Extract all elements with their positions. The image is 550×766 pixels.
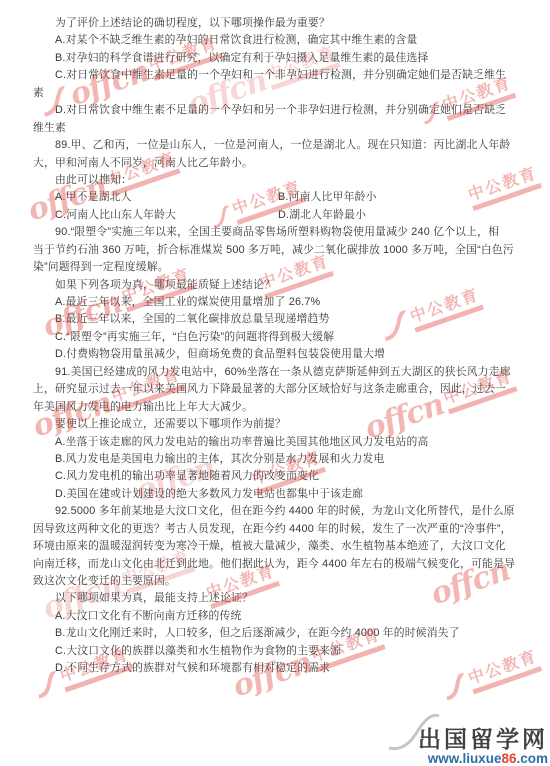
text-line: 大，甲和河南人不同岁，河南人比乙年龄小。 <box>33 155 528 172</box>
text-line: 染”问题得到一定程度缓解。 <box>33 259 528 276</box>
site-logo: 出国留学网 www.liuxue86.com <box>418 727 548 765</box>
text-line: C.对日常饮食中维生素足量的一个孕妇和一个非孕妇进行检测，并分别确定她们是否缺乏… <box>33 67 528 84</box>
text-line: D.付费购物袋用量虽减少，但商场免费的食品塑料包装袋使用量大增 <box>33 346 528 363</box>
url-number: 86 <box>501 751 516 766</box>
option-a: A.甲不是湖北人 <box>55 191 132 203</box>
text-line: 上，研究显示过去一年以来美国风力下降最显著的大部分区域恰好与这条走廊重合，因此，… <box>33 381 528 398</box>
text-line: A.大汶口文化有不断向南方迁移的传统 <box>33 608 528 625</box>
text-line: 以下哪项如果为真，最能支持上述论证？ <box>33 590 528 607</box>
text-line: D.对日常饮食中维生素不足量的一个孕妇和另一个非孕妇进行检测，并分别确定她们是否… <box>33 102 528 119</box>
text-line: C.“限塑令”再实施三年，“白色污染”的问题将得到极大缓解 <box>33 329 528 346</box>
text-line: B.风力发电是美国电力输出的主体，其次分别是水力发展和火力发电 <box>33 451 528 468</box>
exam-text-block: 为了评价上述结论的确切程度，以下哪项操作最为重要？ A.对某个不缺乏维生素的孕妇… <box>33 15 528 678</box>
text-line: 91.美国已经建成的风力发电站中，60%坐落在一条从德克萨斯延伸到五大湖区的狭长… <box>33 364 528 381</box>
text-line: 致这次文化变迁的主要原因。 <box>33 573 528 590</box>
text-line: B.最近三年以来，全国的二氧化碳排放总量呈现递增趋势 <box>33 311 528 328</box>
site-url-text: www.liuxue86.com <box>418 752 548 766</box>
text-line: D.不同生存方式的族群对气候和环境都有相对稳定的需求 <box>33 660 528 677</box>
text-line: B.龙山文化刚迁来时，人口较多，但之后逐渐减少，在距今约 4000 年的时候消失… <box>33 625 528 642</box>
text-line: 如果下列各项为真，哪项最能质疑上述结论？ <box>33 277 528 294</box>
text-line: A.对某个不缺乏维生素的孕妇的日常饮食进行检测，确定其中维生素的含量 <box>33 32 528 49</box>
text-line: 由此可以推知： <box>33 172 528 189</box>
option-d: D.湖北人年龄最小 <box>278 207 366 224</box>
text-line: D.美国在建或计划建设的绝大多数风力发电站也都集中于该走廊 <box>33 486 528 503</box>
url-suffix: .com <box>516 751 548 766</box>
text-line: B.对孕妇的科学食谱进行研究，以确定有利于孕妇摄入足量维生素的最佳选择 <box>33 50 528 67</box>
text-line: 为了评价上述结论的确切程度，以下哪项操作最为重要？ <box>33 15 528 32</box>
text-line: A.坐落于该走廊的风力发电站的输出功率普遍比美国其他地区风力发电站的高 <box>33 434 528 451</box>
text-line: A.最近三年以来，全国工业的煤炭使用量增加了 26.7% <box>33 294 528 311</box>
option-b: B.河南人比甲年龄小 <box>278 189 377 206</box>
option-c: C.河南人比山东人年龄大 <box>55 209 176 221</box>
text-line: 维生素 <box>33 120 528 137</box>
option-row: C.河南人比山东人年龄大 D.湖北人年龄最小 <box>33 207 528 224</box>
text-line: 89.甲、乙和丙，一位是山东人，一位是河南人，一位是湖北人。现在只知道：丙比湖北… <box>33 137 528 154</box>
text-line: 年美国风力发电的电力输出比上年大大减少。 <box>33 399 528 416</box>
text-line: 当于节约石油 360 万吨，折合标准煤炭 500 多万吨，减少二氧化碳排放 10… <box>33 242 528 259</box>
text-line: 因导致这两种文化的更迭？考古人员发现，在距今约 4400 年的时候，发生了一次严… <box>33 521 528 538</box>
text-line: 环境由原来的温暖湿润转变为寒冷干燥，植被大量减少，藻类、水生植物基本绝迹了，大汶… <box>33 538 528 555</box>
text-line: C.风力发电机的输出功率显著地随着风力的改变而变化 <box>33 468 528 485</box>
site-name-text: 出国留学网 <box>418 727 548 751</box>
option-row: A.甲不是湖北人 B.河南人比甲年龄小 <box>33 189 528 206</box>
text-line: 92.5000 多年前某地是大汶口文化，但在距今约 4400 年的时候，为龙山文… <box>33 503 528 520</box>
text-line: 素 <box>33 85 528 102</box>
text-line: 90.“限塑令”实施三年以来，全国主要商品零售场所塑料购物袋使用量减少 240 … <box>33 224 528 241</box>
text-line: 向南迁移，而龙山文化由北迁到此地。他们据此认为，距今 4400 年左右的极端气候… <box>33 556 528 573</box>
text-line: C.大汶口文化的族群以藻类和水生植物作为食物的主要来源 <box>33 643 528 660</box>
text-line: 要使以上推论成立，还需要以下哪项作为前提？ <box>33 416 528 433</box>
url-prefix: www.liuxue <box>428 751 502 766</box>
